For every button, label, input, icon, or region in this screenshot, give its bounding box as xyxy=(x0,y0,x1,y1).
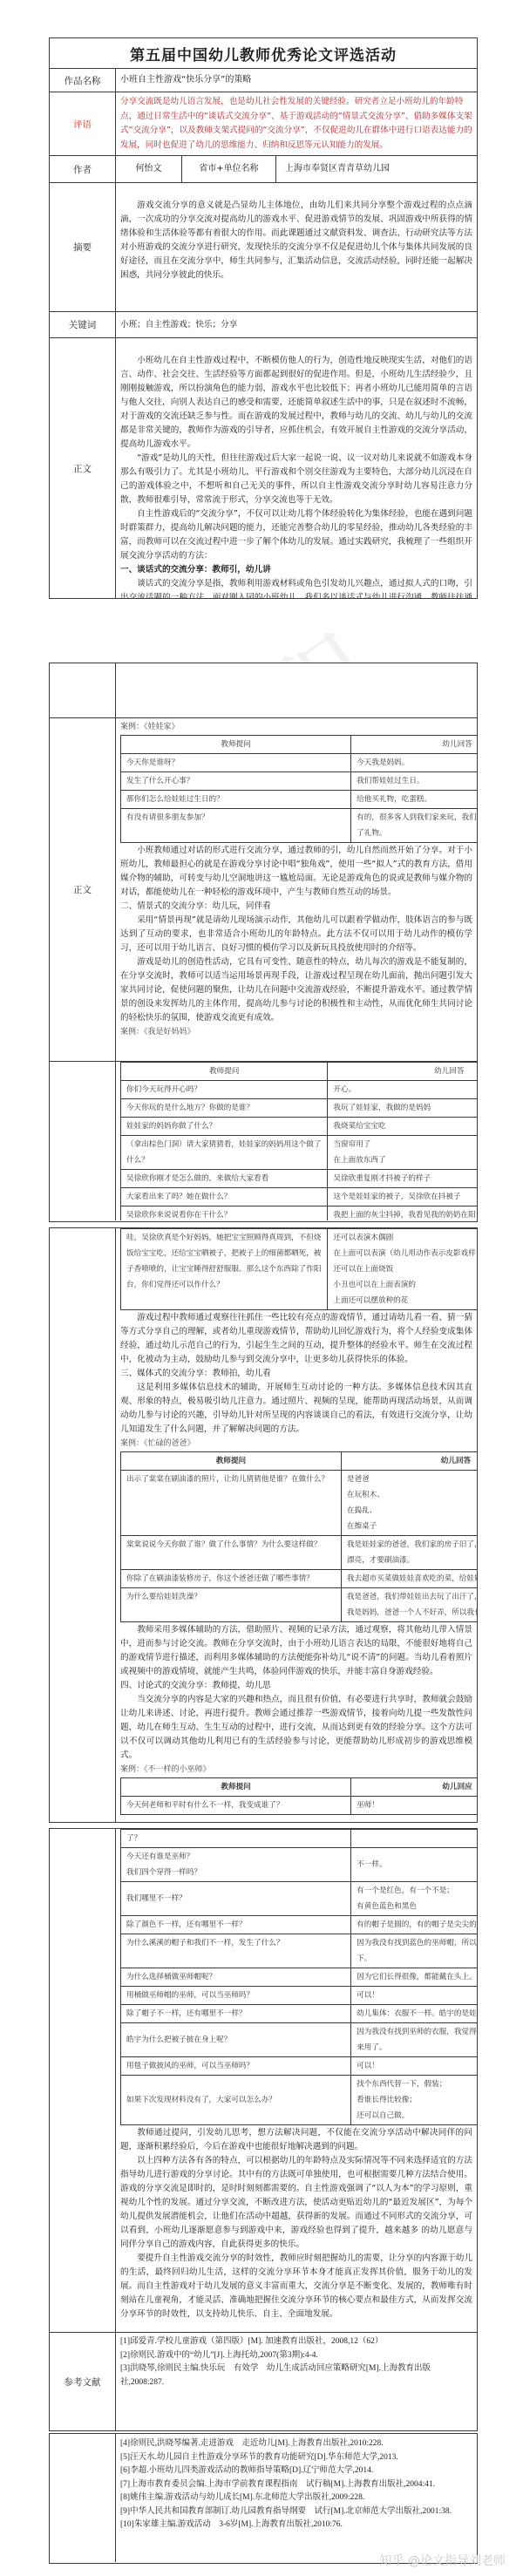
body-row-2: 正文 案例：《娃娃家》 教师提问幼儿回答 今天你是谁呀？今天我是妈妈。 发生了什… xyxy=(50,717,477,1061)
empty-label xyxy=(50,2434,116,2562)
table-row: 有没有请很多朋友参加？有的，很多客人到我们家来玩，我们吃了很多东西，他们送了礼物… xyxy=(121,809,478,843)
answer-cell: 幼儿集体：衣服不一样。皓宇的是娃娃家的被子。 xyxy=(351,2005,477,2023)
table-row: 大家看出来了吗？她在做什么？这个是娃娃家的被子，吴徐欣在抖被子 xyxy=(121,1188,478,1206)
reference-item: [1]邱爱青.学校儿童游戏（第四版）[M]. 加速教育出版社，2008,12（6… xyxy=(120,2335,472,2349)
question-cell: 今天你玩的是什么地方？你做的是谁？ xyxy=(121,1099,328,1118)
table-row: 皓宇为什么把被子披在身上呢？因为我没有找到巫师的衣服，我觉得毯子和它很像，我就拿… xyxy=(121,2023,478,2057)
abstract-row: 摘要 游戏交流分享的意义就是凸显幼儿主体地位，由幼儿们来共同分享整个游戏过程的点… xyxy=(50,182,477,311)
abstract-text: 游戏交流分享的意义就是凸显幼儿主体地位，由幼儿们来共同分享整个游戏过程的点点滴滴… xyxy=(120,199,472,282)
table-row: 发生了什么开心事？我们帮娃娃过生日。 xyxy=(121,772,478,791)
question-cell: 哇，吴徐欣真是个好妈妈，她把宝宝照顾得真周到，不但烧饭给宝宝吃，还给宝宝晒被子，… xyxy=(121,1229,328,1310)
reference-item: [9]中华人民共和国教育部制订.幼儿园教育指导纲要 试行[M].北京师范大学出版… xyxy=(120,2505,472,2519)
body-paragraph: 游戏是幼儿的创造性活动，它具有可变性、随意性的特点，幼儿每次的游戏是不能复制的，… xyxy=(120,955,472,1025)
unit-name: 上海市奉贤区青青草幼儿园 xyxy=(276,156,477,182)
body-label: 正文 xyxy=(50,718,116,1061)
table-header: 幼儿回答 xyxy=(351,736,477,754)
body-paragraph: 自主性游戏后的“交流分享”，不仅可以让幼儿将个体经验转化为集体经验，也能在遇到问… xyxy=(120,507,472,563)
answer-cell: 今天我是妈妈。 xyxy=(351,754,477,772)
table-row: 为什么溪溪的帽子和我们不一样，发生了什么？因为我没有找到蓝色的巫师帽，所以我拿了… xyxy=(121,1934,478,1968)
body-paragraph: 小班教师通过对话的形式进行交流分享，通过教师的引，幼儿自然而然开始了分享。对于小… xyxy=(120,844,472,900)
body-paragraph: 谈话式的交流分享是指，教师利用游戏材料或角色引发幼儿兴趣点，通过拟人式的口吻，引… xyxy=(120,577,472,598)
reference-item: [6]李超.小班幼儿四类游戏活动的教师指导策略[D].辽宁师范大学,2014. xyxy=(120,2464,472,2478)
question-cell: 为什么选择桶做巫师帽呢？ xyxy=(121,1968,351,1987)
page-1: 第五届中国幼儿教师优秀论文评选活动 作品名称 小班自主性游戏“快乐分享”的策略 … xyxy=(49,37,478,599)
table-row: 棠棠说说今天你做了谁？做了什么事情？为什么要这样做？我是娃娃家的爸爸，我们家的房… xyxy=(121,1536,478,1570)
table-row: 用桶做巫师帽的巫师，可以当巫师吗？可以！ xyxy=(121,1987,478,2005)
question-cell: 你们今天玩得开心吗？ xyxy=(121,1081,328,1099)
answer-cell: 我玩了娃娃家，我做的是妈妈 xyxy=(328,1099,477,1118)
body-paragraph: 采用“情景再现”就是请幼儿现场演示动作，其他幼儿可以跟着学做动作，肢体语言的参与… xyxy=(120,914,472,955)
document-title: 第五届中国幼儿教师优秀论文评选活动 xyxy=(50,38,477,68)
table-header: 幼儿回答 xyxy=(341,1452,477,1471)
answer-cell: 我们帮娃娃过生日。 xyxy=(351,772,477,791)
case-title: 案例：《不一样的小巫师》 xyxy=(120,1763,472,1777)
body-paragraph: 当交流分享的内容是大家的兴趣和热点，而且很有价值，有必要进行共享时，教师就会鼓励… xyxy=(120,1693,472,1763)
case-table-2: 教师提问幼儿回答 你们今天玩得开心吗？开心。 今天你玩的是什么地方？你做的是谁？… xyxy=(120,1062,477,1220)
table-header: 教师提问 xyxy=(121,1452,342,1471)
zhihu-watermark: 知乎 @论文指导刘老师 xyxy=(380,2552,506,2569)
answer-cell: 可以！ xyxy=(351,2057,477,2076)
table-row: 为什么要给娃娃洗澡？我是爸爸，我们带娃娃出去玩了出汗了，要给娃娃洗澡。 我是妈妈… xyxy=(121,1588,478,1622)
body-label: 正文 xyxy=(50,338,116,598)
page-4: 了？ 今天还有谁是巫师？ 我们四个穿得一样吗？不一样。 我们哪里不一样？有一个是… xyxy=(49,1828,478,2431)
body-row-2b: 教师提问幼儿回答 你们今天玩得开心吗？开心。 今天你玩的是什么地方？你做的是谁？… xyxy=(50,1062,477,1220)
table-header: 幼儿回应 xyxy=(351,1778,477,1797)
references-label: 参考文献 xyxy=(50,2333,116,2430)
question-cell: 吴徐欣你刚才是怎么做的，来做给大家看看 xyxy=(121,1170,328,1188)
answer-cell: 我去超市买菜做娃娃喜欢吃的菜，给娃娃洗澡。 xyxy=(341,1570,477,1588)
answer-cell: 这个是娃娃家的被子，吴徐欣在抖被子 xyxy=(328,1188,477,1206)
question-cell: 皓宇为什么把被子披在身上呢？ xyxy=(121,2023,351,2057)
body-paragraph: 要提升自主性游戏交流分享的时效性，教师应时刻把握幼儿的需要，让分享的内容源于幼儿… xyxy=(120,2252,472,2321)
question-cell: 大家看出来了吗？她在做什么？ xyxy=(121,1188,328,1206)
table-row: 哇，吴徐欣真是个好妈妈，她把宝宝照顾得真周到，不但烧饭给宝宝吃，还给宝宝晒被子，… xyxy=(121,1229,478,1310)
answer-cell: 有的，很多客人到我们家来玩，我们吃了很多东西，他们送了礼物。 xyxy=(351,809,477,843)
question-cell: 娃娃家的妈妈你做了什么？ xyxy=(121,1118,328,1136)
work-name-value: 小班自主性游戏“快乐分享”的策略 xyxy=(116,69,477,92)
body-paragraph: 教师通过提问，引发幼儿思考，想方法解决问题，不仅能在交流分享活动中解决同伴的问题… xyxy=(120,2126,472,2154)
answer-cell: 开心。 xyxy=(328,1081,477,1099)
answer-cell: 当窗帘用了 在上面放东西了 xyxy=(328,1136,477,1170)
work-name-row: 作品名称 小班自主性游戏“快乐分享”的策略 xyxy=(50,68,477,92)
section-heading: 二、情景式的交流分享：幼儿玩，同伴看 xyxy=(120,900,472,914)
page-2-table: 教师提问幼儿回答 你们今天玩得开心吗？开心。 今天你玩的是什么地方？你做的是谁？… xyxy=(49,1062,478,1222)
answer-cell: 我是爸爸，我们带娃娃出去玩了出汗了，要给娃娃洗澡。 我是妈妈，爸爸一个人不好弄，… xyxy=(341,1588,477,1622)
references-row: 参考文献 [1]邱爱青.学校儿童游戏（第四版）[M]. 加速教育出版社，2008… xyxy=(50,2332,477,2430)
body-paragraph: “游戏”是幼儿的天性，但往往游戏过后大家一起说一说、议一议对幼儿来说就不如游戏本… xyxy=(120,452,472,507)
answer-cell: 因为它们长得很像，都能戴在头上。 xyxy=(351,1968,477,1987)
question-cell: （拿出棕色门洞）请大家猜猜看，娃娃家的妈妈用这个做了什么？ xyxy=(121,1136,328,1170)
reference-item: [8]姚伟主编.游戏活动与幼儿成长[M].东北师范大学出版社,2009:228. xyxy=(120,2491,472,2505)
table-row: 今天何老师和平时有什么不一样，我变成谁了？巫师！ xyxy=(121,1797,478,1815)
table-row: 出示了棠棠在刷油漆的照片，让幼儿猜猜他是谁？在做什么？是爸爸 在玩积木、 在捣乱… xyxy=(121,1471,478,1536)
body-paragraph: 小班幼儿在自主性游戏过程中，不断模仿他人的行为，创造性地反映现实生活，对他们的语… xyxy=(120,354,472,452)
case-table-4-cont: 了？ 今天还有谁是巫师？ 我们四个穿得一样吗？不一样。 我们哪里不一样？有一个是… xyxy=(120,1829,477,2125)
question-cell: 有没有请很多朋友参加？ xyxy=(121,809,351,843)
table-header: 教师提问 xyxy=(121,736,351,754)
section-heading: 四、讨论式的交流分享：教师提，幼儿思 xyxy=(120,1679,472,1693)
reference-item: [2]徐则民.游戏中的“幼儿”[J].上海托幼,2007(第3期):4-4. xyxy=(120,2349,472,2363)
table-row: 除了颜色不一样，还有哪里不一样？有的帽子是圆的，有的帽子是尖尖的。 xyxy=(121,1916,478,1934)
question-cell: 用毯子做披风的巫师，可以当巫师吗？ xyxy=(121,2057,351,2076)
answer-cell: 吴徐欣重复刚才抖被子的样子 xyxy=(328,1170,477,1188)
section-heading: 一、谈话式的交流分享：教师引，幼儿讲 xyxy=(120,563,472,577)
table-row: 你除了在刷油漆装修房子，你这个爸爸还做了哪些事情？我去超市买菜做娃娃喜欢吃的菜，… xyxy=(121,1570,478,1588)
answer-cell: 给他买礼物，吃蛋糕。 xyxy=(351,791,477,809)
question-cell: 今天何老师和平时有什么不一样，我变成谁了？ xyxy=(121,1797,351,1815)
answer-cell: 我烧菜给宝宝吃 xyxy=(328,1118,477,1136)
empty-label xyxy=(50,1829,116,2332)
table-header: 教师提问 xyxy=(121,1063,328,1081)
author-cells: 何怡文 省市+单位名称 上海市奉贤区青青草幼儿园 xyxy=(116,156,477,182)
review-label: 评语 xyxy=(50,92,116,155)
question-cell: 为什么溪溪的帽子和我们不一样，发生了什么？ xyxy=(121,1934,351,1968)
answer-cell: 有的帽子是圆的，有的帽子是尖尖的。 xyxy=(351,1916,477,1934)
reference-item: [3]洪晓琴,徐则民主编.快乐玩 有效学 幼儿生成活动回应策略研究[M].上海教… xyxy=(120,2362,472,2389)
body-paragraph: 游戏过程中教师通过观察往往抓住一些比较有亮点的游戏情节，通过请幼儿看一看、猜一猜… xyxy=(120,1311,472,1367)
case-title: 案例：《我是好妈妈》 xyxy=(120,1025,472,1040)
answer-cell: 是爸爸 在玩积木、 在捣乱、 在擦桌子 xyxy=(341,1471,477,1536)
case-title: 案例：《忙碌的爸爸》 xyxy=(120,1437,472,1451)
table-row: 吴徐欣你来说说看你在干什么？我把上面的灰尘抖掉，我看见我的奶奶在阳台上晒被子的时… xyxy=(121,1206,478,1221)
author-row: 作者 何怡文 省市+单位名称 上海市奉贤区青青草幼儿园 xyxy=(50,155,477,182)
reference-item: [7]上海市教育委员会编.上海市学前教育课程指南 试行稿[M].上海教育出版社,… xyxy=(120,2478,472,2492)
question-cell: 除了帽子不一样，还有哪里不一样？ xyxy=(121,2005,351,2023)
question-cell: 今天你是谁呀？ xyxy=(121,754,351,772)
question-cell: 那你们怎么给娃娃过生日的？ xyxy=(121,791,351,809)
table-row: 今天你玩的是什么地方？你做的是谁？我玩了娃娃家，我做的是妈妈 xyxy=(121,1099,478,1118)
page-2: 正文 案例：《娃娃家》 教师提问幼儿回答 今天你是谁呀？今天我是妈妈。 发生了什… xyxy=(49,663,478,1062)
table-header: 幼儿回答 xyxy=(328,1063,477,1081)
table-header: 教师提问 xyxy=(121,1778,351,1797)
table-row: 吴徐欣你刚才是怎么做的，来做给大家看看吴徐欣重复刚才抖被子的样子 xyxy=(121,1170,478,1188)
table-row: （拿出棕色门洞）请大家猜猜看，娃娃家的妈妈用这个做了什么？当窗帘用了 在上面放东… xyxy=(121,1136,478,1170)
page-3: 哇，吴徐欣真是个好妈妈，她把宝宝照顾得真周到，不但烧饭给宝宝吃，还给宝宝晒被子，… xyxy=(49,1227,478,1823)
question-cell: 棠棠说说今天你做了谁？做了什么事情？为什么要这样做？ xyxy=(121,1536,342,1570)
review-text: 分享交流既是幼儿语言发展，也是幼儿社会性发展的关键经验。研究者立足小班幼儿的年龄… xyxy=(116,92,477,155)
case-title: 案例：《娃娃家》 xyxy=(120,720,472,735)
body-paragraph: 教师采用多媒体辅助的方法，借助照片、视频的记录方法，通过观察，将其他幼儿带入情景… xyxy=(120,1623,472,1679)
references-row-cont: [4]徐则民,洪晓琴编著.走进游戏 走近幼儿[M].上海教育出版社,2010:2… xyxy=(50,2434,477,2562)
table-row: 用毯子做披风的巫师，可以当巫师吗？可以！ xyxy=(121,2057,478,2076)
table-row: 那你们怎么给娃娃过生日的？给他买礼物，吃蛋糕。 xyxy=(121,791,478,809)
blank-row xyxy=(50,663,477,717)
page-5: [4]徐则民,洪晓琴编著.走进游戏 走近幼儿[M].上海教育出版社,2010:2… xyxy=(49,2433,478,2564)
blank-label xyxy=(50,663,116,717)
review-row: 评语 分享交流既是幼儿语言发展，也是幼儿社会性发展的关键经验。研究者立足小班幼儿… xyxy=(50,92,477,155)
question-cell: 出示了棠棠在刷油漆的照片，让幼儿猜猜他是谁？在做什么？ xyxy=(121,1471,342,1536)
work-name-label: 作品名称 xyxy=(50,69,116,92)
keywords-label: 关键词 xyxy=(50,312,116,337)
question-cell: 为什么要给娃娃洗澡？ xyxy=(121,1588,342,1622)
question-cell: 除了颜色不一样，还有哪里不一样？ xyxy=(121,1916,351,1934)
question-cell: 你除了在刷油漆装修房子，你这个爸爸还做了哪些事情？ xyxy=(121,1570,342,1588)
answer-cell: 因为我没有找到蓝色的巫师帽，所以我拿了一个桶假装一下。 xyxy=(351,1934,477,1968)
case-table-1: 教师提问幼儿回答 今天你是谁呀？今天我是妈妈。 发生了什么开心事？我们帮娃娃过生… xyxy=(120,735,477,843)
answer-cell: 巫师！ xyxy=(351,1797,477,1815)
author-name: 何怡文 xyxy=(116,156,182,182)
empty-label xyxy=(50,1228,116,1822)
unit-label: 省市+单位名称 xyxy=(182,156,276,182)
table-row: 你们今天玩得开心吗？开心。 xyxy=(121,1081,478,1099)
keywords-row: 关键词 小班；自主性游戏；快乐；分享 xyxy=(50,311,477,337)
table-row: 今天还有谁是巫师？ 我们四个穿得一样吗？不一样。 xyxy=(121,1848,478,1882)
question-cell: 用桶做巫师帽的巫师，可以当巫师吗？ xyxy=(121,1987,351,2005)
answer-cell: 我是娃娃家的爸爸，我们家的房子旧了，为了把我们家打扮得更加漂亮，才要刷油漆。 xyxy=(341,1536,477,1570)
answer-cell xyxy=(351,1830,477,1848)
table-row: 如果下次发现材料没有了，大家可以怎么办？找个东西代替一下，假装； 看谁长得比较像… xyxy=(121,2076,478,2125)
abstract-label: 摘要 xyxy=(50,183,116,311)
question-cell: 我们哪里不一样？ xyxy=(121,1882,351,1916)
section-heading: 三、媒体式的交流分享：教师拍，幼儿看 xyxy=(120,1367,472,1381)
reference-item: [10]朱家雄主编.游戏活动 3-6岁[M].上海教育出版社,2010:76. xyxy=(120,2518,472,2532)
case-table-2-cont: 哇，吴徐欣真是个好妈妈，她把宝宝照顾得真周到，不但烧饭给宝宝吃，还给宝宝晒被子，… xyxy=(120,1228,477,1310)
empty-label xyxy=(50,1062,116,1220)
body-paragraph: 以上四种方法各有各的特点，可以根据幼儿的年龄特点及实际情况等不同来选择适宜的方法… xyxy=(120,2154,472,2252)
table-row: 我们哪里不一样？有一个是红色，有一个不是； 有黄色蓝色和黑色 xyxy=(121,1882,478,1916)
question-cell: 发生了什么开心事？ xyxy=(121,772,351,791)
reference-item: [5]汪天水.幼儿园自主性游戏分享环节的教育功能研究[D].华东师范大学,201… xyxy=(120,2451,472,2465)
answer-cell: 找个东西代替一下，假装； 看谁长得比较像； 还可以自己做。 xyxy=(351,2076,477,2125)
question-cell: 吴徐欣你来说说看你在干什么？ xyxy=(121,1206,328,1221)
author-label: 作者 xyxy=(50,156,116,182)
body-row-1: 正文 小班幼儿在自主性游戏过程中，不断模仿他人的行为，创造性地反映现实生活，对他… xyxy=(50,337,477,598)
table-row: 除了帽子不一样，还有哪里不一样？幼儿集体：衣服不一样。皓宇的是娃娃家的被子。 xyxy=(121,2005,478,2023)
body-row-3: 哇，吴徐欣真是个好妈妈，她把宝宝照顾得真周到，不但烧饭给宝宝吃，还给宝宝晒被子，… xyxy=(50,1228,477,1822)
table-row: 为什么选择桶做巫师帽呢？因为它们长得很像，都能戴在头上。 xyxy=(121,1968,478,1987)
answer-cell: 还可以表演木偶剧 在上面可以表演（幼儿用动作表示皮影戏样子） 还可以在上面烧饭 … xyxy=(328,1229,477,1310)
reference-item: [4]徐则民,洪晓琴编著.走进游戏 走近幼儿[M].上海教育出版社,2010:2… xyxy=(120,2437,472,2451)
answer-cell: 因为我没有找到巫师的衣服，我觉得毯子和它很像，我就拿来用了。 xyxy=(351,2023,477,2057)
question-cell: 了？ xyxy=(121,1830,351,1848)
question-cell: 今天还有谁是巫师？ 我们四个穿得一样吗？ xyxy=(121,1848,351,1882)
table-row: 今天你是谁呀？今天我是妈妈。 xyxy=(121,754,478,772)
answer-cell: 可以！ xyxy=(351,1987,477,2005)
answer-cell: 不一样。 xyxy=(351,1848,477,1882)
question-cell: 如果下次发现材料没有了，大家可以怎么办？ xyxy=(121,2076,351,2125)
body-paragraph: 这是利用多媒体信息技术的辅助，开展师生互动讨论的一种方法。多媒体信息技术因其直观… xyxy=(120,1381,472,1437)
body-row-4: 了？ 今天还有谁是巫师？ 我们四个穿得一样吗？不一样。 我们哪里不一样？有一个是… xyxy=(50,1829,477,2332)
answer-cell: 有一个是红色，有一个不是； 有黄色蓝色和黑色 xyxy=(351,1882,477,1916)
keywords-value: 小班；自主性游戏；快乐；分享 xyxy=(116,312,477,337)
answer-cell: 我把上面的灰尘抖掉，我看见我的奶奶在阳台上晒被子的时候就是这样做的 xyxy=(328,1206,477,1221)
table-row: 娃娃家的妈妈你做了什么？我烧菜给宝宝吃 xyxy=(121,1118,478,1136)
table-row: 了？ xyxy=(121,1830,478,1848)
case-table-3: 教师提问幼儿回答 出示了棠棠在刷油漆的照片，让幼儿猜猜他是谁？在做什么？是爸爸 … xyxy=(120,1451,477,1622)
blank-content xyxy=(116,663,477,717)
case-table-4: 教师提问幼儿回应 今天何老师和平时有什么不一样，我变成谁了？巫师！ xyxy=(120,1777,477,1815)
